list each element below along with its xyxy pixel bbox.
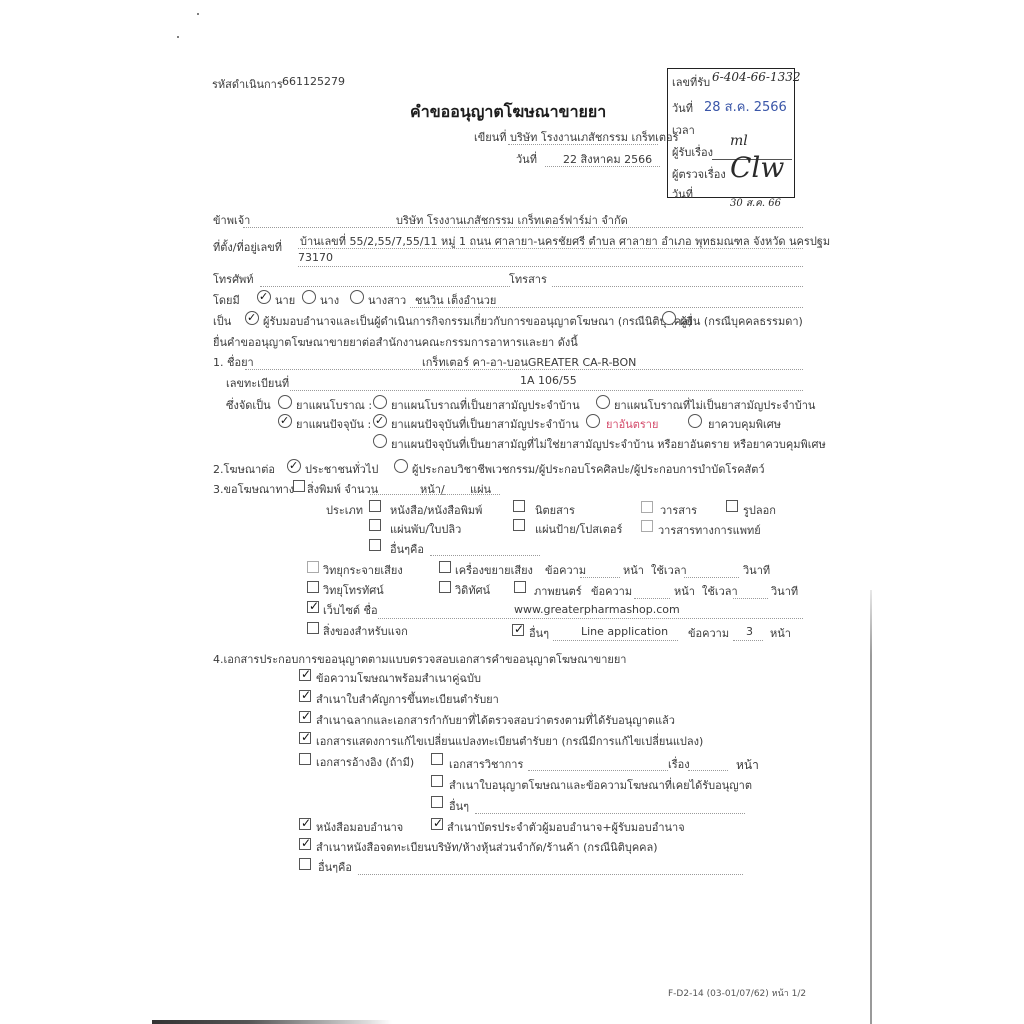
type-medical-journal-label: วารสารทางการแพทย์ (658, 521, 761, 539)
ref-page-label: หน้า (736, 756, 759, 775)
page-label-1: หน้า (623, 561, 644, 579)
video-label: วิดิทัศน์ (455, 581, 490, 599)
other-page-label: หน้า (770, 624, 791, 642)
website-label: เว็บไซต์ ชื่อ (323, 601, 378, 619)
checker-signature: Clw (730, 151, 784, 184)
message-label-2: ข้อความ (591, 582, 632, 600)
page-title: คำขออนุญาตโฆษณาขายยา (410, 100, 606, 125)
speaker-checkbox[interactable] (439, 561, 451, 573)
website-checkbox[interactable]: ✓ (307, 601, 319, 613)
written-at-label: เขียนที่ (474, 128, 507, 146)
poa-checkbox[interactable]: ✓ (299, 818, 311, 830)
title-radio-mrs[interactable] (302, 290, 316, 304)
modern-opt4-label: ยาแผนปัจจุบันที่เป็นยาสามัญที่ไม่ใช่ยาสา… (391, 435, 826, 453)
tv-label: วิทยุโทรทัศน์ (323, 581, 384, 599)
modern-opt2-radio[interactable] (586, 414, 600, 428)
other-doc-label: อื่นๆคือ (318, 858, 352, 876)
audience-professional-label: ผู้ประกอบวิชาชีพเวชกรรม/ผู้ประกอบโรคศิลป… (412, 460, 765, 478)
address-label: ที่ตั้ง/ที่อยู่เลขที่ (213, 238, 282, 256)
date-label: วันที่ (516, 150, 537, 168)
page-unit: หน้า/ (420, 480, 445, 498)
scan-edge-smudge (152, 1020, 392, 1024)
section4-label: 4.เอกสารประกอบการขออนุญาตตามแบบตรวจสอบเอ… (213, 650, 626, 668)
duration-label-1: ใช้เวลา (651, 561, 687, 579)
receipt-no: 6-404-66-1332 (712, 70, 801, 84)
role-radio-authorized[interactable]: ✓ (245, 311, 259, 325)
traditional-opt2-radio[interactable] (596, 395, 610, 409)
academic-checkbox[interactable] (431, 753, 443, 765)
stamp-date-label: วันที่ (672, 99, 693, 117)
title-radio-mr[interactable]: ✓ (257, 290, 271, 304)
traditional-radio[interactable] (278, 395, 292, 409)
form-code: F-D2-14 (03-01/07/62) หน้า 1/2 (668, 986, 806, 1000)
receipt-stamp: เลขที่รับ 6-404-66-1332 วันที่ 28 ส.ค. 2… (667, 68, 795, 198)
audience-public-radio[interactable]: ✓ (287, 459, 301, 473)
stamp-date: 28 ส.ค. 2566 (704, 96, 787, 117)
tv-checkbox[interactable] (307, 581, 319, 593)
type-decal-label: รูปลอก (743, 501, 776, 519)
section3-label: 3.ขอโฆษณาทาง (213, 480, 294, 498)
submit-statement: ยื่นคำขออนุญาตโฆษณาขายยาต่อสำนักงานคณะกร… (213, 333, 578, 351)
radio-broadcast-label: วิทยุกระจายเสียง (323, 561, 403, 579)
doc-label-checkbox[interactable]: ✓ (299, 711, 311, 723)
category-label: ซึ่งจัดเป็น (226, 396, 271, 414)
prev-license-checkbox[interactable] (431, 775, 443, 787)
scan-edge-line (870, 590, 872, 1024)
company-reg-label: สำเนาหนังสือจดทะเบียนบริษัท/ห้างหุ้นส่วน… (316, 838, 658, 856)
type-book-label: หนังสือ/หนังสือพิมพ์ (390, 501, 482, 519)
type-label: ประเภท (326, 501, 363, 519)
operation-code-label: รหัสดำเนินการ (212, 75, 283, 93)
doc-amendment-label: เอกสารแสดงการแก้ไขเปลี่ยนแปลงทะเบียนตำรั… (316, 732, 703, 750)
reference-checkbox[interactable] (299, 753, 311, 765)
address-line-2: 73170 (298, 251, 333, 264)
seconds-label-2: วินาที (771, 582, 798, 600)
other-channel-checkbox[interactable]: ✓ (512, 624, 524, 636)
website-value: www.greaterpharmashop.com (514, 603, 680, 616)
modern-label: ยาแผนปัจจุบัน : (296, 415, 371, 433)
modern-opt3-radio[interactable] (688, 414, 702, 428)
id-copy-label: สำเนาบัตรประจำตัวผู้มอบอำนาจ+ผู้รับมอบอำ… (447, 818, 685, 836)
modern-opt3-label: ยาควบคุมพิเศษ (708, 415, 781, 433)
type-poster-checkbox[interactable] (513, 519, 525, 531)
prev-license-label: สำเนาใบอนุญาตโฆษณาและข้อความโฆษณาที่เคยไ… (449, 776, 752, 794)
role-individual-label: ผู้ยื่น (กรณีบุคคลธรรมดา) (680, 312, 803, 330)
section2-label: 2.โฆษณาต่อ (213, 460, 275, 478)
modern-opt2-label: ยาอันตราย (606, 415, 658, 433)
sheet-unit: แผ่น (470, 480, 491, 498)
phone-label: โทรศัพท์ (213, 270, 254, 288)
speaker-label: เครื่องขยายเสียง (455, 561, 533, 579)
title-radio-miss[interactable] (350, 290, 364, 304)
receipt-no-label: เลขที่รับ (672, 73, 710, 91)
reg-no-label: เลขทะเบียนที่ (226, 374, 289, 392)
doc-ad-text-checkbox[interactable]: ✓ (299, 669, 311, 681)
scan-speck (197, 13, 199, 15)
print-label: สิ่งพิมพ์ จำนวน (307, 480, 378, 498)
traditional-label: ยาแผนโบราณ : (296, 396, 372, 414)
print-checkbox[interactable] (293, 480, 305, 492)
type-book-checkbox[interactable] (369, 500, 381, 512)
reg-no: 1A 106/55 (520, 374, 577, 387)
check-date: 30 ส.ค. 66 (730, 196, 781, 211)
stamp-time-label: เวลา (672, 121, 695, 139)
radio-broadcast-checkbox[interactable] (307, 561, 319, 573)
company-reg-checkbox[interactable]: ✓ (299, 838, 311, 850)
audience-professional-radio[interactable] (394, 459, 408, 473)
giveaway-checkbox[interactable] (307, 622, 319, 634)
title-mr-label: นาย (275, 291, 295, 309)
traditional-opt1-radio[interactable] (373, 395, 387, 409)
film-checkbox[interactable] (514, 581, 526, 593)
modern-opt4-radio[interactable] (373, 434, 387, 448)
role-authorized-label: ผู้รับมอบอำนาจและเป็นผู้ดำเนินการกิจกรรม… (263, 312, 692, 330)
doc-registration-checkbox[interactable]: ✓ (299, 690, 311, 702)
other-doc-checkbox[interactable] (299, 858, 311, 870)
film-label: ภาพยนตร์ (534, 582, 582, 600)
other-message-count: 3 (746, 625, 753, 638)
poa-label: หนังสือมอบอำนาจ (316, 818, 403, 836)
doc-label-label: สำเนาฉลากและเอกสารกำกับยาที่ได้ตรวจสอบว่… (316, 711, 675, 729)
receiver-signature: ml (730, 133, 748, 149)
type-leaflet-checkbox[interactable] (369, 519, 381, 531)
ref-other-label: อื่นๆ (449, 797, 469, 815)
type-magazine-label: นิตยสาร (535, 501, 575, 519)
fax-label: โทรสาร (509, 270, 547, 288)
reference-label: เอกสารอ้างอิง (ถ้ามี) (316, 753, 414, 771)
id-copy-checkbox[interactable]: ✓ (431, 818, 443, 830)
type-magazine-checkbox[interactable] (513, 500, 525, 512)
title-mrs-label: นาง (320, 291, 339, 309)
type-leaflet-label: แผ่นพับ/ใบปลิว (390, 520, 461, 538)
type-decal-checkbox[interactable] (726, 500, 738, 512)
type-journal-checkbox[interactable] (641, 501, 653, 513)
other-channel-value: Line application (581, 625, 668, 638)
as-label: เป็น (213, 312, 231, 330)
subject-label: เรื่อง (668, 755, 690, 773)
other-message-label: ข้อความ (688, 624, 729, 642)
seconds-label-1: วินาที (743, 561, 770, 579)
traditional-opt1-label: ยาแผนโบราณที่เป็นยาสามัญประจำบ้าน (391, 396, 580, 414)
giveaway-label: สิ่งของสำหรับแจก (323, 622, 408, 640)
modern-opt1-label: ยาแผนปัจจุบันที่เป็นยาสามัญประจำบ้าน (391, 415, 579, 433)
scan-speck (177, 36, 179, 38)
check-date-label: วันที่ (672, 185, 693, 203)
video-checkbox[interactable] (439, 581, 451, 593)
checker-label: ผู้ตรวจเรื่อง (672, 165, 726, 183)
modern-opt1-radio[interactable]: ✓ (373, 414, 387, 428)
type-other-label: อื่นๆคือ (390, 540, 424, 558)
type-journal-label: วารสาร (660, 501, 697, 519)
doc-ad-text-label: ข้อความโฆษณาพร้อมสำเนาคู่ฉบับ (316, 669, 481, 687)
ref-other-checkbox[interactable] (431, 796, 443, 808)
doc-amendment-checkbox[interactable]: ✓ (299, 732, 311, 744)
type-poster-label: แผ่นป้าย/โปสเตอร์ (535, 520, 622, 538)
modern-radio[interactable]: ✓ (278, 414, 292, 428)
traditional-opt2-label: ยาแผนโบราณที่ไม่เป็นยาสามัญประจำบ้าน (614, 396, 815, 414)
role-radio-individual[interactable] (662, 311, 676, 325)
by-label: โดยมี (213, 291, 240, 309)
academic-label: เอกสารวิชาการ (449, 755, 523, 773)
receiver-label: ผู้รับเรื่อง (672, 143, 713, 161)
audience-public-label: ประชาชนทั่วไป (305, 460, 378, 478)
other-channel-label: อื่นๆ (529, 624, 549, 642)
doc-registration-label: สำเนาใบสำคัญการขึ้นทะเบียนตำรับยา (316, 690, 499, 708)
title-miss-label: นางสาว (368, 291, 406, 309)
type-medical-journal-checkbox[interactable] (641, 520, 653, 532)
type-other-checkbox[interactable] (369, 539, 381, 551)
operation-code: 661125279 (282, 75, 345, 88)
page-label-2: หน้า (674, 582, 695, 600)
